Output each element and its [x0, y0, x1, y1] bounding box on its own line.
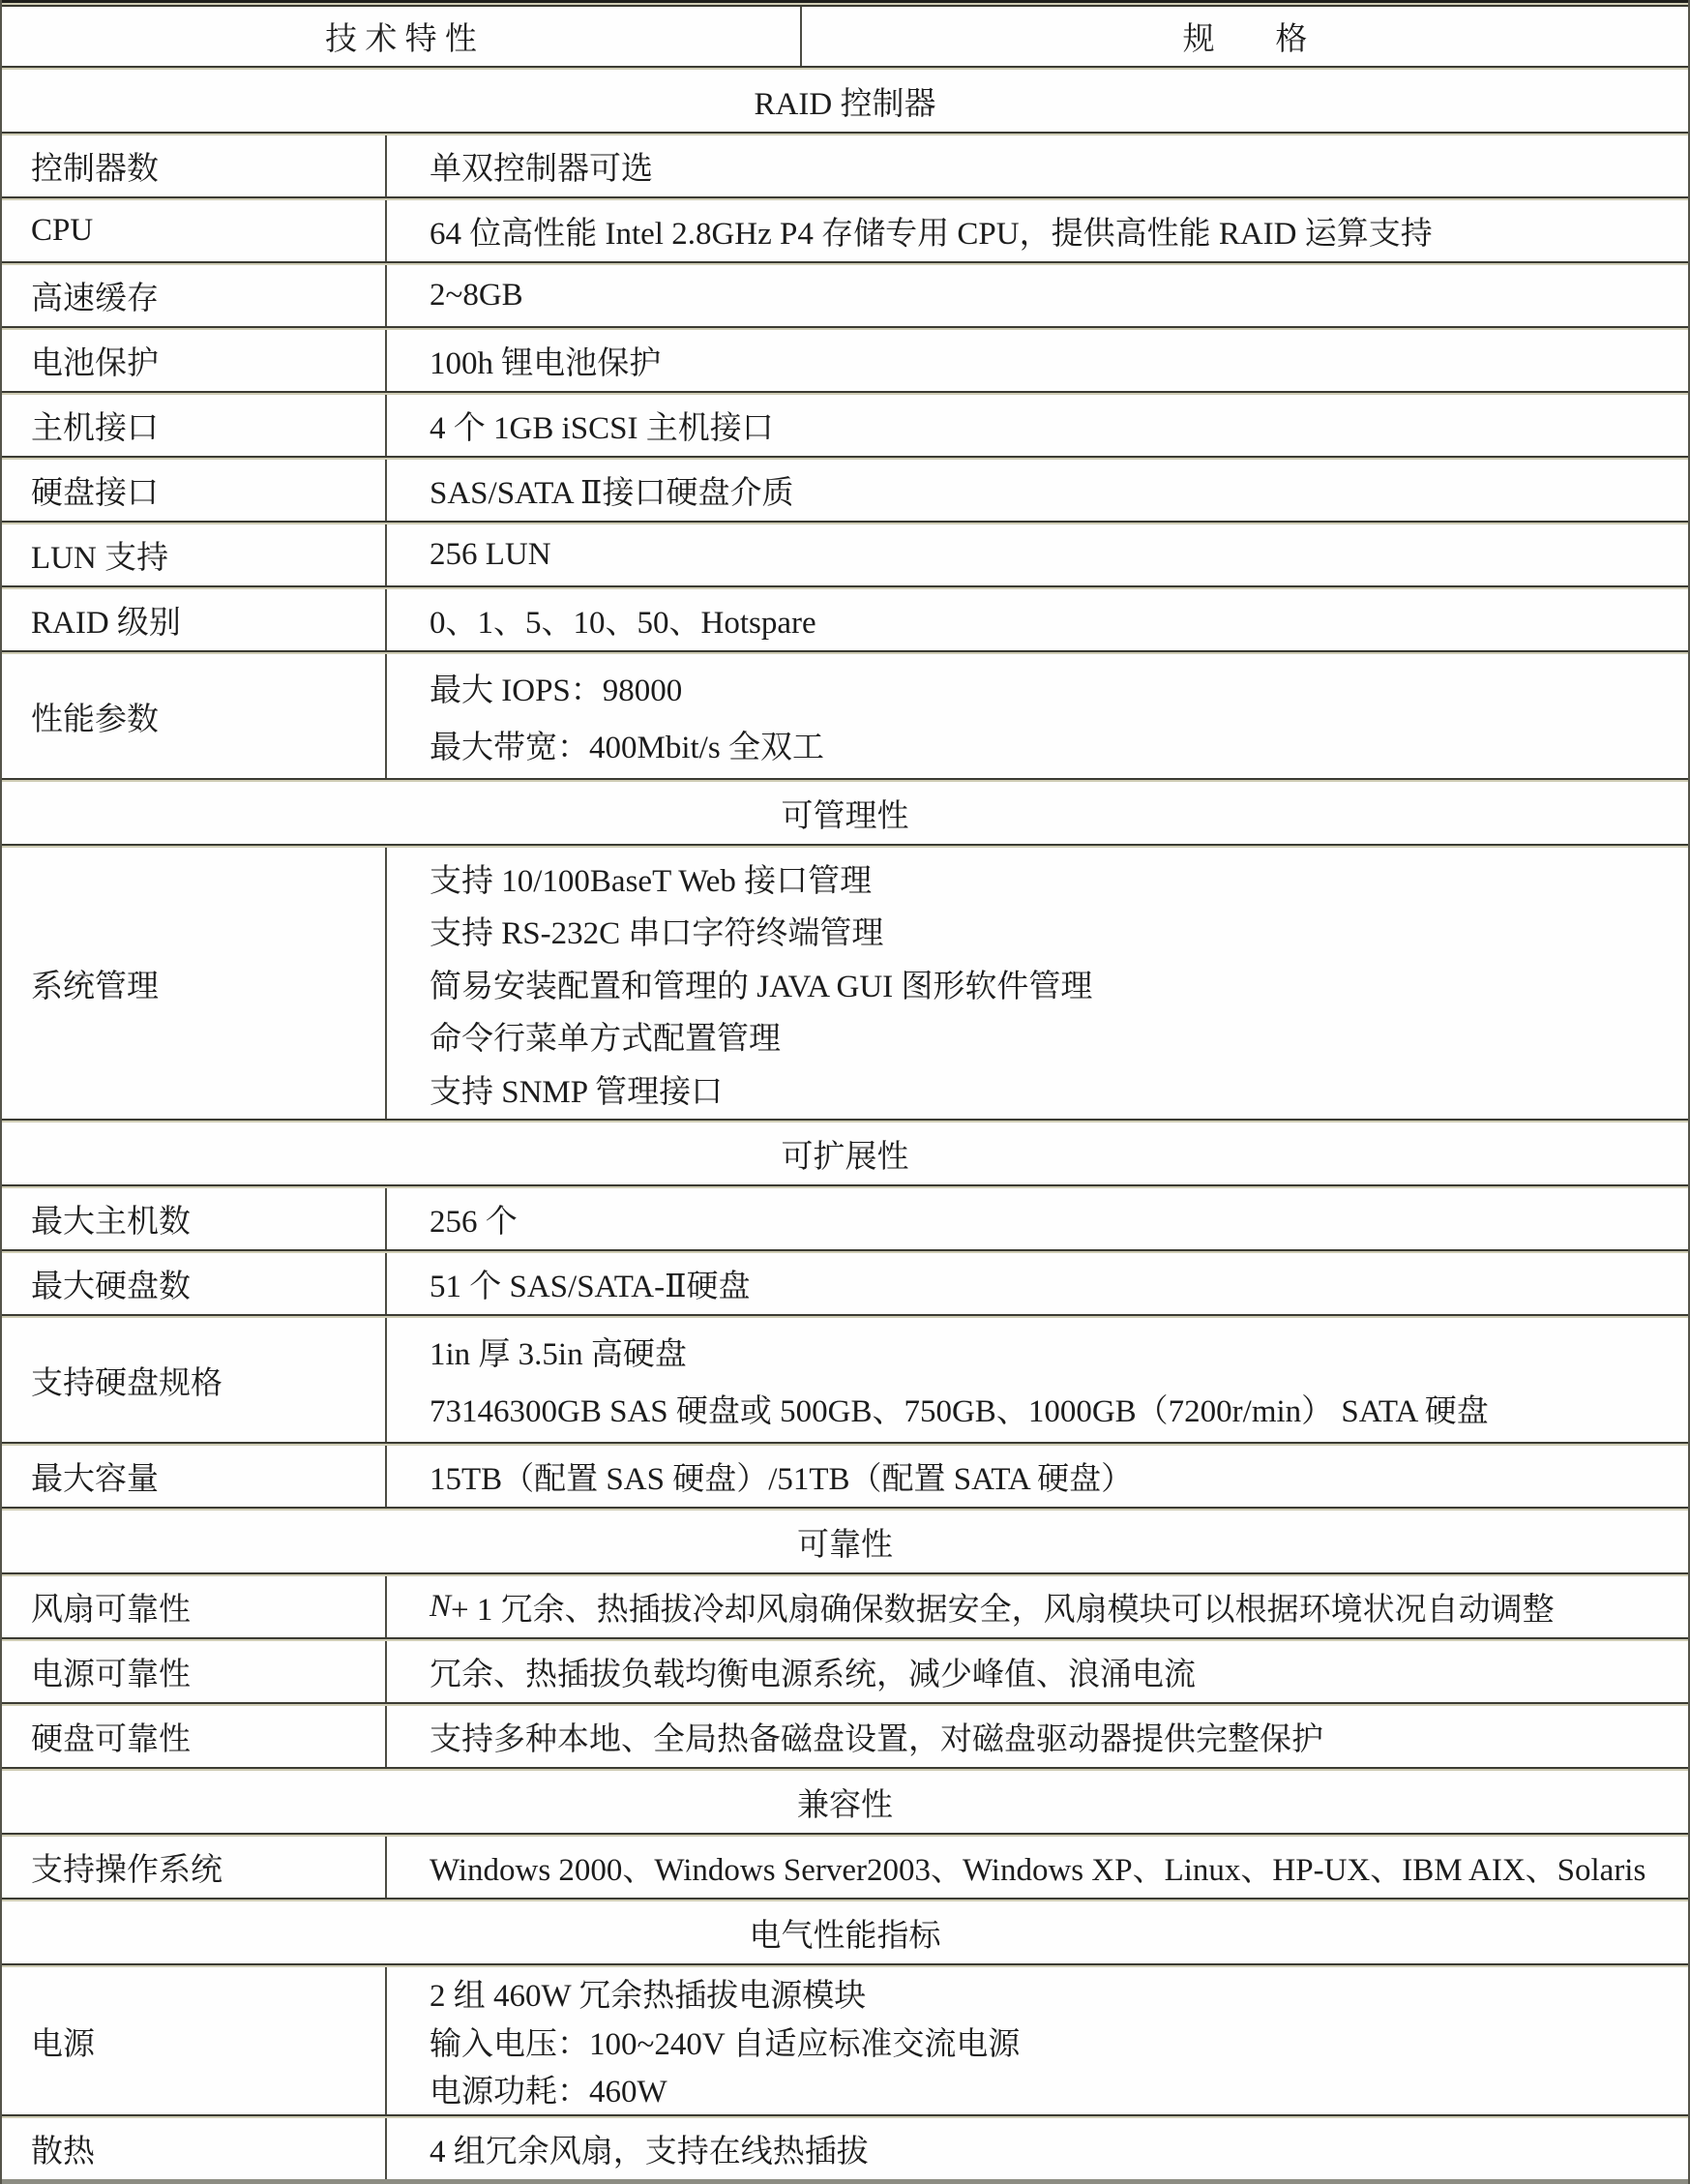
section-header-compatibility: 兼容性: [2, 1771, 1688, 1833]
row-value: 4 组冗余风扇，支持在线热插拔: [385, 2118, 1688, 2179]
section-header-raid-controller: RAID 控制器: [2, 70, 1688, 132]
row-disk-interface: 硬盘接口 SAS/SATA Ⅱ接口硬盘介质: [2, 460, 1688, 521]
row-system-management: 系统管理 支持 10/100BaseT Web 接口管理 支持 RS-232C …: [2, 848, 1688, 1119]
row-cpu: CPU 64 位高性能 Intel 2.8GHz P4 存储专用 CPU，提供高…: [2, 200, 1688, 261]
spec-table: 技术特性 规格 RAID 控制器 控制器数 单双控制器可选 CPU 64 位高性…: [0, 0, 1690, 2184]
table-top-border: [2, 0, 1688, 7]
row-cache: 高速缓存 2~8GB: [2, 265, 1688, 326]
section-header-electrical: 电气性能指标: [2, 1901, 1688, 1963]
row-value: 2 组 460W 冗余热插拔电源模块 输入电压：100~240V 自适应标准交流…: [385, 1967, 1688, 2114]
section-header-scalability: 可扩展性: [2, 1122, 1688, 1184]
row-max-hosts: 最大主机数 256 个: [2, 1188, 1688, 1249]
row-label: 电源: [2, 1967, 385, 2114]
row-label: 系统管理: [2, 848, 385, 1119]
row-label: 硬盘可靠性: [2, 1706, 385, 1767]
row-label: 性能参数: [2, 654, 385, 778]
row-label: 硬盘接口: [2, 460, 385, 521]
row-value: 256 LUN: [385, 524, 1688, 585]
row-value: 支持 10/100BaseT Web 接口管理 支持 RS-232C 串口字符终…: [385, 848, 1688, 1119]
header-col-spec: 规格: [800, 7, 1688, 66]
row-host-interface: 主机接口 4 个 1GB iSCSI 主机接口: [2, 395, 1688, 456]
section-header-reliability: 可靠性: [2, 1511, 1688, 1572]
table-header-row: 技术特性 规格: [2, 7, 1688, 66]
row-os-support: 支持操作系统 Windows 2000、Windows Server2003、W…: [2, 1837, 1688, 1898]
row-value: 冗余、热插拔负载均衡电源系统，减少峰值、浪涌电流: [385, 1641, 1688, 1702]
row-power-reliability: 电源可靠性 冗余、热插拔负载均衡电源系统，减少峰值、浪涌电流: [2, 1641, 1688, 1702]
row-performance: 性能参数 最大 IOPS：98000 最大带宽：400Mbit/s 全双工: [2, 654, 1688, 778]
row-lun-support: LUN 支持 256 LUN: [2, 524, 1688, 585]
row-value: 2~8GB: [385, 265, 1688, 326]
row-value: Windows 2000、Windows Server2003、Windows …: [385, 1837, 1688, 1898]
row-value: 15TB（配置 SAS 硬盘）/51TB（配置 SATA 硬盘）: [385, 1446, 1688, 1507]
row-value: 4 个 1GB iSCSI 主机接口: [385, 395, 1688, 456]
row-value: 1in 厚 3.5in 高硬盘 73146300GB SAS 硬盘或 500GB…: [385, 1318, 1688, 1442]
row-label: LUN 支持: [2, 524, 385, 585]
row-power-supply: 电源 2 组 460W 冗余热插拔电源模块 输入电压：100~240V 自适应标…: [2, 1967, 1688, 2114]
row-disk-spec: 支持硬盘规格 1in 厚 3.5in 高硬盘 73146300GB SAS 硬盘…: [2, 1318, 1688, 1442]
row-value: 单双控制器可选: [385, 135, 1688, 196]
row-label: 最大主机数: [2, 1188, 385, 1249]
row-label: 最大硬盘数: [2, 1253, 385, 1314]
row-value: 支持多种本地、全局热备磁盘设置，对磁盘驱动器提供完整保护: [385, 1706, 1688, 1767]
row-label: 支持操作系统: [2, 1837, 385, 1898]
row-value: 0、1、5、10、50、Hotspare: [385, 589, 1688, 650]
row-value: 51 个 SAS/SATA-Ⅱ硬盘: [385, 1253, 1688, 1314]
row-battery-protection: 电池保护 100h 锂电池保护: [2, 330, 1688, 391]
row-value: 100h 锂电池保护: [385, 330, 1688, 391]
row-value: 最大 IOPS：98000 最大带宽：400Mbit/s 全双工: [385, 654, 1688, 778]
row-label: CPU: [2, 200, 385, 261]
row-label: 最大容量: [2, 1446, 385, 1507]
table-bottom-border: [2, 2179, 1688, 2184]
row-label: 控制器数: [2, 135, 385, 196]
row-label: 主机接口: [2, 395, 385, 456]
row-value: 64 位高性能 Intel 2.8GHz P4 存储专用 CPU，提供高性能 R…: [385, 200, 1688, 261]
row-label: 高速缓存: [2, 265, 385, 326]
row-value: N + 1 冗余、热插拔冷却风扇确保数据安全，风扇模块可以根据环境状况自动调整: [385, 1576, 1688, 1637]
row-label: 风扇可靠性: [2, 1576, 385, 1637]
row-label: 电池保护: [2, 330, 385, 391]
row-disk-reliability: 硬盘可靠性 支持多种本地、全局热备磁盘设置，对磁盘驱动器提供完整保护: [2, 1706, 1688, 1767]
row-controller-count: 控制器数 单双控制器可选: [2, 135, 1688, 196]
row-value: SAS/SATA Ⅱ接口硬盘介质: [385, 460, 1688, 521]
row-label: RAID 级别: [2, 589, 385, 650]
row-value: 256 个: [385, 1188, 1688, 1249]
row-label: 支持硬盘规格: [2, 1318, 385, 1442]
row-raid-levels: RAID 级别 0、1、5、10、50、Hotspare: [2, 589, 1688, 650]
row-max-disks: 最大硬盘数 51 个 SAS/SATA-Ⅱ硬盘: [2, 1253, 1688, 1314]
italic-n: N: [430, 1589, 451, 1625]
row-label: 散热: [2, 2118, 385, 2179]
row-cooling: 散热 4 组冗余风扇，支持在线热插拔: [2, 2118, 1688, 2179]
row-fan-reliability: 风扇可靠性 N + 1 冗余、热插拔冷却风扇确保数据安全，风扇模块可以根据环境状…: [2, 1576, 1688, 1637]
header-col-features: 技术特性: [2, 7, 800, 66]
row-label: 电源可靠性: [2, 1641, 385, 1702]
section-header-manageability: 可管理性: [2, 782, 1688, 844]
row-max-capacity: 最大容量 15TB（配置 SAS 硬盘）/51TB（配置 SATA 硬盘）: [2, 1446, 1688, 1507]
